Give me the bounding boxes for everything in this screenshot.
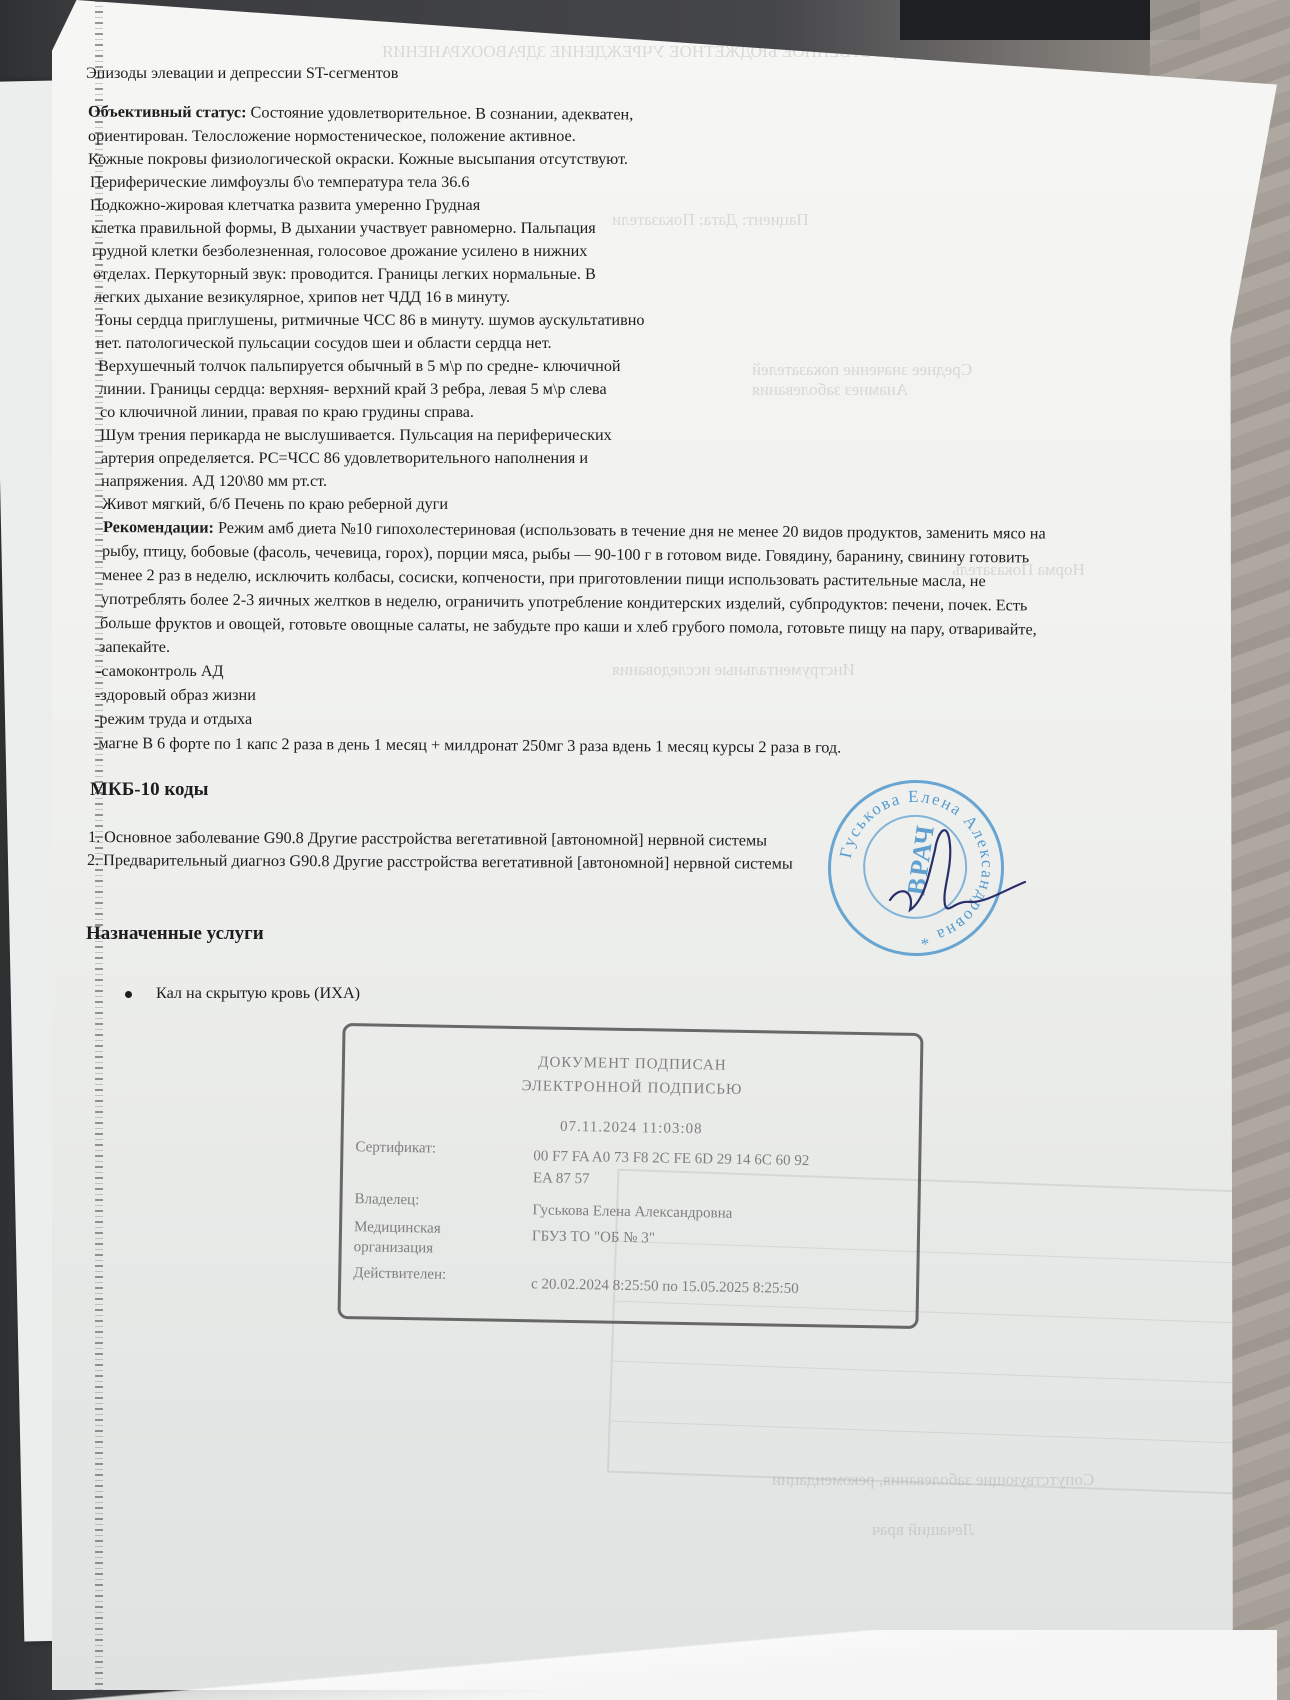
icd10-heading: МКБ-10 коды bbox=[90, 779, 208, 802]
objective-status-line: отделах. Перкуторный звук: проводится. Г… bbox=[93, 263, 596, 286]
electronic-signature-block: ДОКУМЕНТ ПОДПИСАН ЭЛЕКТРОННОЙ ПОДПИСЬЮ 0… bbox=[337, 1023, 923, 1329]
recommendation-item: -здоровый образ жизни bbox=[95, 684, 256, 707]
services-heading: Назначенные услуги bbox=[86, 923, 264, 946]
objective-status-line: Периферические лимфоузлы б\о температура… bbox=[90, 171, 469, 194]
esig-certificate-value-cont: EA 87 57 bbox=[533, 1167, 590, 1191]
recommendation-item: -режим труда и отдыха bbox=[94, 708, 252, 731]
objective-status-line: Подкожно-жировая клетчатка развита умере… bbox=[90, 194, 480, 217]
esig-org-value: ГБУЗ ТО "ОБ № 3" bbox=[532, 1225, 655, 1250]
objective-status-label: Объективный статус: bbox=[88, 103, 247, 122]
recommendations-label: Рекомендации: bbox=[103, 518, 214, 537]
objective-status-line: напряжения. АД 120\80 мм рт.ст. bbox=[101, 470, 327, 493]
objective-status-line: грудной клетки безболезненная, голосовое… bbox=[92, 240, 587, 263]
handwritten-signature bbox=[830, 790, 1030, 940]
esig-certificate-label: Сертификат: bbox=[355, 1136, 436, 1160]
objective-status-line: ориентирован. Телосложение нормостеничес… bbox=[88, 125, 576, 148]
esig-valid-label: Действителен: bbox=[353, 1262, 446, 1286]
recommendations-line: больше фруктов и овощей, готовьте овощны… bbox=[100, 612, 1037, 641]
objective-status-line: нет. патологической пульсации сосудов ше… bbox=[96, 332, 552, 355]
service-item: Кал на скрытую кровь (ИХА) bbox=[125, 982, 360, 1005]
esig-org-label-cont: организация bbox=[354, 1236, 434, 1260]
objective-status-line: клетка правильной формы, В дыхании участ… bbox=[91, 217, 596, 240]
objective-status-line: Объективный статус: Состояние удовлетвор… bbox=[88, 101, 633, 126]
objective-status-line: Живот мягкий, б/б Печень по краю реберно… bbox=[102, 493, 448, 516]
objective-status-line: линии. Границы сердца: верхняя- верхний … bbox=[99, 378, 607, 401]
recommendations-line: запекайте. bbox=[99, 636, 170, 659]
icd10-item: 2. Предварительный диагноз G90.8 Другие … bbox=[87, 849, 793, 875]
recommendation-item: -самоконтроль АД bbox=[96, 660, 224, 683]
esig-valid-value: с 20.02.2024 8:25:50 по 15.05.2025 8:25:… bbox=[531, 1273, 799, 1300]
bullet-icon bbox=[125, 991, 132, 998]
objective-status-line: Верхушечный толчок пальпируется обычный … bbox=[98, 355, 621, 378]
objective-status-line: легких дыхание везикулярное, хрипов нет … bbox=[94, 286, 510, 309]
objective-status-line: Кожные покровы физиологической окраски. … bbox=[88, 148, 628, 171]
objective-status-line: Шум трения перикарда не выслушивается. П… bbox=[100, 424, 612, 447]
objective-status-line: артерия определяется. РС=ЧСС 86 удовлетв… bbox=[101, 447, 588, 470]
recommendation-item: -магне В 6 форте по 1 капс 2 раза в день… bbox=[93, 732, 841, 759]
esig-owner-value: Гуськова Елена Александровна bbox=[532, 1199, 732, 1225]
esig-owner-label: Владелец: bbox=[354, 1188, 419, 1212]
objective-status-line: Тоны сердца приглушены, ритмичные ЧСС 86… bbox=[96, 309, 645, 332]
objective-status-line: со ключичной линии, правая по краю груди… bbox=[100, 401, 474, 424]
intro-line: Эпизоды элевации и депрессии ST-сегменто… bbox=[86, 62, 398, 85]
icd10-item: 1. Основное заболевание G90.8 Другие рас… bbox=[88, 826, 767, 852]
document-content: Эпизоды элевации и депрессии ST-сегменто… bbox=[0, 0, 1290, 1700]
